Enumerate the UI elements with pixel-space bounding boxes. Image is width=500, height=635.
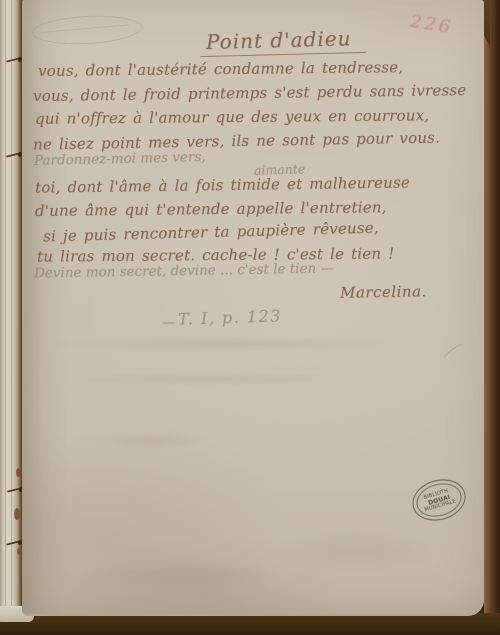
foxing-spot: [16, 468, 21, 477]
poem-title-wrap: Point d'adieu: [200, 26, 366, 57]
binding-stitch: [6, 540, 21, 546]
verse-line: vous, dont le froid printemps s'est perd…: [33, 81, 467, 105]
verse-line: ne lisez point mes vers, ils ne sont pas…: [33, 128, 440, 153]
verse-line: qui n'offrez à l'amour que des yeux en c…: [35, 106, 429, 127]
book-cover-bottom-edge: [0, 613, 500, 635]
page-edges-binding: [0, 0, 22, 622]
manuscript-page: 226 Point d'adieu vous, dont l'austérité…: [22, 0, 484, 616]
reference-dash: —: [162, 315, 176, 331]
verse-line: vous, dont l'austérité condamne la tendr…: [38, 58, 403, 80]
red-shelf-number: 226: [409, 11, 455, 39]
poem-title: Point d'adieu: [200, 26, 366, 57]
bleed-through-smudge: [82, 560, 282, 590]
foxing-spot: [17, 548, 21, 555]
manuscript-photo: 226 Point d'adieu vous, dont l'austérité…: [0, 0, 500, 635]
foxing-spot: [14, 508, 20, 520]
bleed-through-smudge: [62, 372, 362, 386]
binding-stitch: [6, 57, 21, 63]
page-edge-line: [11, 0, 12, 622]
bleed-through-smudge: [92, 432, 212, 450]
binding-stitch: [6, 152, 21, 158]
crossed-out-scribble: [31, 13, 142, 47]
bleed-through-smudge: [42, 336, 422, 352]
signature: Marcelina.: [340, 282, 427, 302]
library-stamp: BIBLIOTH. DOUAI MUNICIPALE: [408, 473, 471, 526]
book-cover-right-edge: [484, 0, 500, 635]
pencil-variant-line: Pardonnez-moi mes vers,: [34, 149, 206, 169]
verse-line: d'une âme qui t'entende appelle l'entret…: [35, 198, 387, 220]
margin-scribble: [441, 342, 469, 366]
verse-line: toi, dont l'âme à la fois timide et malh…: [35, 173, 410, 196]
binding-stitch: [7, 487, 22, 493]
page-edge-line: [5, 0, 6, 622]
verse-line: si je puis rencontrer ta paupière rêveus…: [43, 219, 379, 246]
bleed-through-smudge: [272, 528, 442, 574]
volume-page-reference: T. I, p. 123: [178, 306, 283, 329]
